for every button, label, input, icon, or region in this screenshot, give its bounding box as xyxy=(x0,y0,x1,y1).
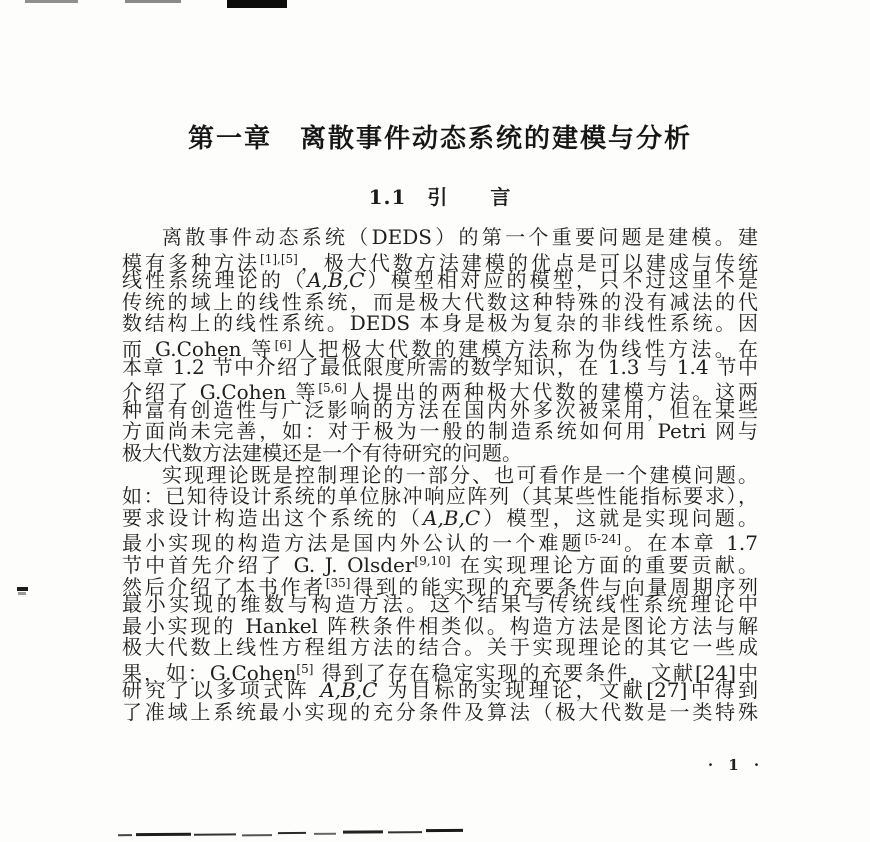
text-line: 如：已知待设计系统的单位脉冲响应阵列（其某些性能指标要求）， xyxy=(122,486,758,508)
citation-superscript: [5-24] xyxy=(585,532,621,546)
scan-mark-top-3 xyxy=(227,0,287,8)
text-run: 极大代数方法建模还是一个有待研究的问题。 xyxy=(122,441,522,465)
text-run: 最小实现的 Hankel 阵秩条件相类似。构造方法是图论方法与解 xyxy=(122,614,758,638)
text-line: 要求设计构造出这个系统的（A,B,C）模型，这就是实现问题。 xyxy=(122,508,758,530)
text-line: 最小实现的构造方法是国内外公认的一个难题[5-24]。在本章 1.7 xyxy=(122,529,758,551)
text-line: 方面尚未完善，如：对于极为一般的制造系统如何用 Petri 网与 xyxy=(122,421,758,443)
text-run: A,B,C xyxy=(423,506,480,530)
text-line: 而 G.Cohen 等[6]人把极大代数的建模方法称为伪线性方法。在 xyxy=(122,335,758,357)
text-line: 了准域上系统最小实现的充分条件及算法（极大代数是一类特殊 xyxy=(122,702,758,724)
text-run: 极大代数上线性方程组方法的结合。关于实现理论的其它一些成 xyxy=(122,635,758,659)
text-line: 节中首先介绍了 G. J. Olsder[9,10] 在实现理论方面的重要贡献。 xyxy=(122,551,758,573)
scan-smudge-segment xyxy=(426,829,463,832)
section-heading: 1.1 引 言 xyxy=(122,181,758,210)
chapter-title: 第一章 离散事件动态系统的建模与分析 xyxy=(122,118,758,155)
citation-superscript: [5,6] xyxy=(318,381,346,395)
text-line: 极大代数上线性方程组方法的结合。关于实现理论的其它一些成 xyxy=(122,637,758,659)
text-line: 最小实现的维数与构造方法。这个结果与传统线性系统理论中 xyxy=(122,594,758,616)
text-run: 实现理论既是控制理论的一部分、也可看作是一个建模问题。 xyxy=(162,463,758,487)
text-line: 传统的域上的线性系统，而是极大代数这种特殊的没有减法的代 xyxy=(122,292,758,314)
text-run: 种富有创造性与广泛影响的方法在国内外多次被采用，但在某些 xyxy=(122,398,758,422)
text-run: 数结构上的线性系统。DEDS 本身是极为复杂的非线性系统。因 xyxy=(122,311,758,335)
text-run: 线性系统理论的（ xyxy=(122,268,307,292)
citation-superscript: [6] xyxy=(275,338,292,352)
text-run: 传统的域上的线性系统，而是极大代数这种特殊的没有减法的代 xyxy=(122,290,758,314)
body-text: 离散事件动态系统（DEDS）的第一个重要问题是建模。建模有多种方法[1],[5]… xyxy=(122,227,758,724)
page-number: · 1 · xyxy=(696,756,776,774)
text-line: 果，如：G.Cohen[5] 得到了存在稳定实现的充要条件，文献[24]中 xyxy=(122,659,758,681)
text-run: 本章 1.2 节中介绍了最低限度所需的数学知识，在 1.3 与 1.4 节中 xyxy=(122,355,758,379)
text-line: 极大代数方法建模还是一个有待研究的问题。 xyxy=(122,443,758,465)
citation-superscript: [5] xyxy=(296,662,313,676)
scan-mark-top-1 xyxy=(25,0,78,3)
text-run: 最小实现的维数与构造方法。这个结果与传统线性系统理论中 xyxy=(122,592,758,616)
text-line: 离散事件动态系统（DEDS）的第一个重要问题是建模。建 xyxy=(122,227,758,249)
scan-mark-top-2 xyxy=(125,0,181,3)
text-run: 离散事件动态系统（DEDS）的第一个重要问题是建模。建 xyxy=(162,225,758,249)
text-run: 要求设计构造出这个系统的（ xyxy=(122,506,423,530)
text-line: 种富有创造性与广泛影响的方法在国内外多次被采用，但在某些 xyxy=(122,400,758,422)
text-line: 研究了以多项式阵 A,B,C 为目标的实现理论，文献[27]中得到 xyxy=(122,680,758,702)
scan-speck-left xyxy=(17,587,28,591)
scan-smudge-segment xyxy=(388,831,422,833)
text-run: 为目标的实现理论，文献[27]中得到 xyxy=(377,678,758,702)
scan-smudge-segment xyxy=(118,834,132,836)
scan-smudge-segment xyxy=(194,833,236,835)
scan-smudge-segment xyxy=(314,833,336,835)
text-line: 然后介绍了本书作者[35]得到的能实现的充要条件与向量周期序列 xyxy=(122,573,758,595)
book-page: 第一章 离散事件动态系统的建模与分析 1.1 引 言 离散事件动态系统（DEDS… xyxy=(0,0,870,842)
citation-superscript: [9,10] xyxy=(414,554,450,568)
citation-superscript: [35] xyxy=(326,576,351,590)
text-line: 数结构上的线性系统。DEDS 本身是极为复杂的非线性系统。因 xyxy=(122,313,758,335)
text-line: 本章 1.2 节中介绍了最低限度所需的数学知识，在 1.3 与 1.4 节中 xyxy=(122,357,758,379)
text-run: A,B,C xyxy=(320,678,377,702)
text-run: 方面尚未完善，如：对于极为一般的制造系统如何用 Petri 网与 xyxy=(122,419,758,443)
text-line: 实现理论既是控制理论的一部分、也可看作是一个建模问题。 xyxy=(122,465,758,487)
scan-smudge-segment xyxy=(343,830,383,833)
text-line: 模有多种方法[1],[5]，极大代数方法建模的优点是可以建成与传统 xyxy=(122,249,758,271)
text-run: 研究了以多项式阵 xyxy=(122,678,320,702)
text-line: 介绍了 G.Cohen 等[5,6]人提出的两种极大代数的建模方法。这两 xyxy=(122,378,758,400)
scan-smudge-segment xyxy=(278,832,306,834)
scan-smudge-segment xyxy=(136,833,191,836)
citation-superscript: [1],[5] xyxy=(260,252,298,266)
text-line: 线性系统理论的（A,B,C）模型相对应的模型，只不过这里不是 xyxy=(122,270,758,292)
text-run: A,B,C xyxy=(307,268,364,292)
text-run: ）模型，这就是实现问题。 xyxy=(480,506,758,530)
scan-smudge-segment xyxy=(242,834,272,836)
scan-speck-left-faint xyxy=(18,592,26,595)
scan-smudge-bottom xyxy=(118,826,468,840)
text-run: ）模型相对应的模型，只不过这里不是 xyxy=(364,268,758,292)
text-line: 最小实现的 Hankel 阵秩条件相类似。构造方法是图论方法与解 xyxy=(122,616,758,638)
text-run: 了准域上系统最小实现的充分条件及算法（极大代数是一类特殊 xyxy=(122,700,758,724)
text-run: 如：已知待设计系统的单位脉冲响应阵列（其某些性能指标要求）， xyxy=(122,484,758,508)
